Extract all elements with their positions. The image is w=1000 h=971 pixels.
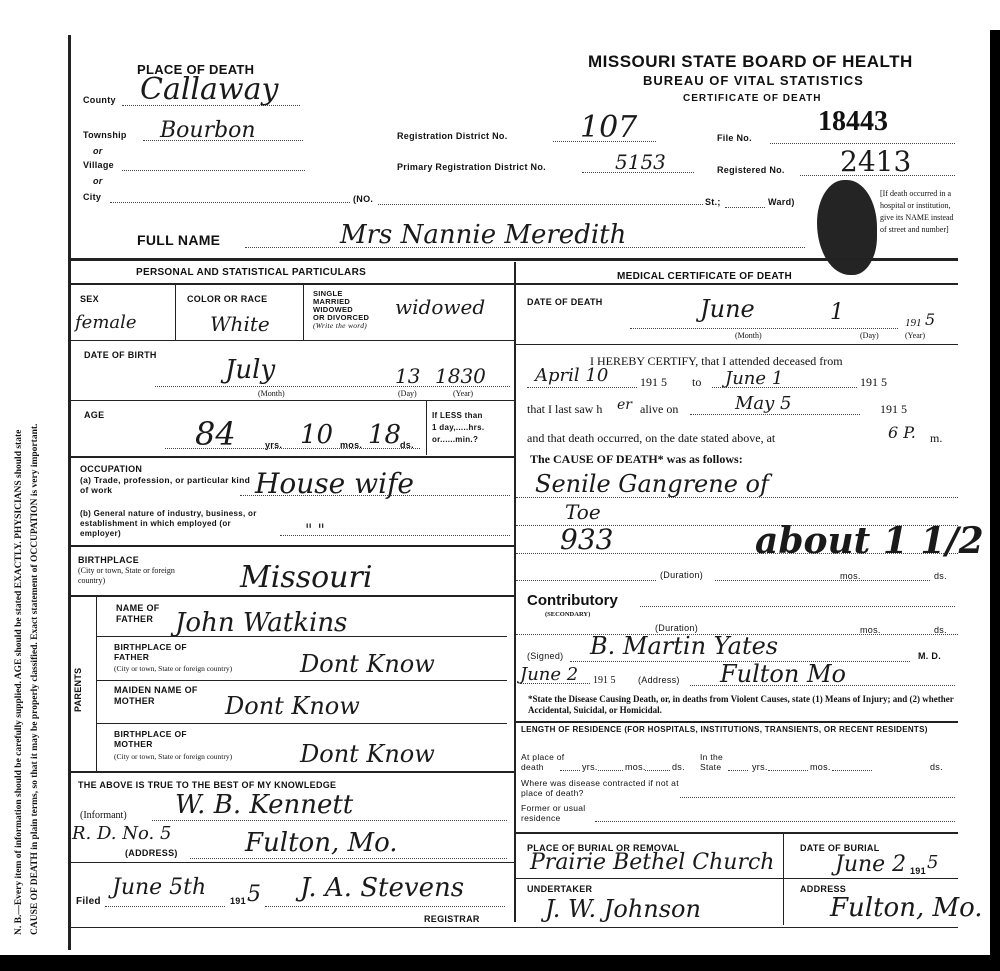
physician-address-value: Fulton Mo	[720, 660, 846, 688]
signed-year: 191 5	[593, 675, 616, 686]
mother-maiden-label: MAIDEN NAME OF MOTHER	[114, 685, 224, 707]
age-months: 10	[300, 420, 333, 450]
certificate-number: 18443	[818, 106, 888, 138]
burial-date-value: June 2	[835, 852, 906, 877]
mother-birthplace-hint: (City or town, State or foreign country)	[114, 752, 232, 761]
year-caption: (Year)	[453, 389, 473, 398]
filed-label: Filed	[76, 896, 101, 907]
county-value: Callaway	[140, 72, 278, 107]
death-year-prefix: 191	[905, 317, 922, 329]
burial-place-value: Prairie Bethel Church	[530, 850, 774, 875]
or-label: or	[93, 146, 103, 156]
death-time-text: and that death occurred, on the date sta…	[527, 431, 775, 446]
race-value: White	[210, 312, 270, 336]
marital-options: SINGLE MARRIED WIDOWED OR DIVORCED (Writ…	[313, 290, 369, 330]
less-than-day: If LESS than 1 day,.....hrs. or......min…	[432, 410, 484, 446]
informant-label: (Informant)	[80, 810, 127, 821]
day-caption: (Day)	[860, 331, 879, 340]
bottom-edge-bar	[0, 955, 1000, 971]
column-divider	[514, 262, 516, 922]
file-no-label: File No.	[717, 133, 752, 143]
undertaker-label: UNDERTAKER	[527, 884, 592, 894]
township-label: Township	[83, 130, 127, 140]
in-state-label: In the State	[700, 752, 745, 772]
month-caption: (Month)	[258, 389, 285, 398]
sex-value: female	[75, 312, 137, 333]
secondary-label: (SECONDARY)	[545, 611, 590, 618]
dob-month: July	[225, 355, 275, 385]
ds-label: ds.	[672, 762, 685, 772]
residence-title: LENGTH OF RESIDENCE (FOR HOSPITALS, INST…	[521, 725, 956, 735]
village-label: Village	[83, 160, 114, 170]
street-label: St.;	[705, 197, 721, 207]
informant-address-prefix: R. D. No. 5	[72, 823, 171, 844]
ds-label: ds.	[400, 440, 414, 450]
at-place-label: At place of death	[521, 752, 566, 772]
parents-label: PARENTS	[73, 668, 83, 712]
death-time-value: 6 P.	[888, 423, 916, 442]
registrar-signature: J. A. Stevens	[300, 873, 464, 903]
bureau-title: BUREAU OF VITAL STATISTICS	[643, 73, 864, 88]
month-caption: (Month)	[735, 331, 762, 340]
board-title: MISSOURI STATE BOARD OF HEALTH	[588, 52, 913, 72]
hospital-note: [If death occurred in a hospital or inst…	[880, 188, 960, 236]
contracted-label: Where was disease contracted if not at p…	[521, 778, 681, 798]
undertaker-address-value: Fulton, Mo.	[830, 893, 983, 923]
father-name-label: NAME OF FATHER	[116, 603, 176, 625]
father-name-value: John Watkins	[175, 608, 347, 638]
to-label: to	[692, 375, 701, 390]
ward-label: Ward)	[768, 197, 795, 207]
filed-year-prefix: 191	[230, 896, 246, 906]
mother-birthplace-label: BIRTHPLACE OF MOTHER	[114, 729, 204, 749]
mother-birthplace-value: Dont Know	[300, 740, 435, 768]
last-saw-year: 191 5	[880, 402, 907, 417]
mos-label: mos.	[810, 762, 831, 772]
former-residence-label: Former or usual residence	[521, 803, 591, 823]
date-of-death-label: DATE OF DEATH	[527, 297, 603, 307]
last-saw-date: May 5	[735, 393, 792, 414]
year-caption: (Year)	[905, 331, 925, 340]
attended-from-year: 191 5	[640, 375, 667, 390]
occupation-b-value: " "	[305, 520, 325, 539]
certify-text: I HEREBY CERTIFY, that I attended deceas…	[590, 354, 843, 369]
death-month: June	[700, 295, 755, 323]
age-days: 18	[368, 420, 401, 450]
last-saw-pronoun: er	[617, 397, 632, 413]
alive-on-label: alive on	[640, 402, 678, 417]
death-time-suffix: m.	[930, 431, 942, 446]
left-border	[68, 35, 71, 950]
informant-address-value: Fulton, Mo.	[245, 828, 398, 858]
father-birthplace-hint: (City or town, State or foreign country)	[114, 664, 232, 673]
margin-instructions: N. B.—Every item of information should b…	[4, 30, 60, 930]
mother-maiden-value: Dont Know	[225, 692, 360, 720]
city-label: City	[83, 192, 101, 202]
cause-label: The CAUSE OF DEATH* was as follows:	[530, 452, 743, 467]
physician-address-label: (Address)	[638, 675, 680, 685]
age-label: AGE	[84, 410, 104, 420]
medical-section-title: MEDICAL CERTIFICATE OF DEATH	[617, 271, 792, 282]
registrar-label: REGISTRAR	[424, 914, 480, 924]
or-label: or	[93, 176, 103, 186]
filed-date: June 5th	[112, 875, 206, 900]
burial-year-prefix: 191	[910, 866, 926, 876]
occupation-b-label: (b) General nature of industry, business…	[80, 509, 260, 539]
death-year-value: 5	[925, 310, 935, 329]
ds-label: ds.	[934, 625, 947, 635]
signed-date: June 2	[520, 664, 578, 685]
cause-line-2: Toe	[565, 500, 601, 524]
mos-label: mos.	[840, 571, 861, 581]
race-label: COLOR OR RACE	[187, 294, 267, 304]
mos-label: mos.	[860, 625, 881, 635]
certificate-title: CERTIFICATE OF DEATH	[683, 93, 822, 104]
primary-registration-label: Primary Registration District No.	[397, 162, 546, 172]
right-edge-bar	[990, 30, 1000, 955]
death-day: 1	[830, 300, 844, 325]
full-name-value: Mrs Nannie Meredith	[340, 220, 626, 250]
yrs-label: yrs.	[582, 762, 598, 772]
attended-to-year: 191 5	[860, 375, 887, 390]
father-birthplace-value: Dont Know	[300, 650, 435, 678]
registered-no-value: 2413	[840, 145, 911, 178]
cause-footnote: *State the Disease Causing Death, or, in…	[528, 694, 958, 716]
attended-to: June 1	[725, 368, 783, 389]
registration-district-label: Registration District No.	[397, 131, 508, 141]
signed-value: B. Martin Yates	[590, 632, 778, 660]
duration-value: about 1 1/2	[755, 520, 984, 562]
contributory-label: Contributory	[527, 592, 618, 609]
ds-label: ds.	[934, 571, 947, 581]
personal-section-title: PERSONAL AND STATISTICAL PARTICULARS	[136, 267, 366, 278]
dob-label: DATE OF BIRTH	[84, 350, 157, 360]
street-no-label: (NO.	[353, 194, 373, 204]
last-saw-prefix: that I last saw h	[527, 402, 602, 417]
margin-note-line-2: CAUSE OF DEATH in plain terms, so that i…	[30, 424, 40, 935]
birthplace-value: Missouri	[240, 560, 372, 595]
ds-label: ds.	[930, 762, 943, 772]
mos-label: mos.	[340, 440, 362, 450]
dob-day: 13	[395, 364, 420, 388]
marital-value: widowed	[395, 295, 485, 319]
registered-no-label: Registered No.	[717, 165, 785, 175]
yrs-label: yrs.	[752, 762, 768, 772]
birthplace-hint: (City or town, State or foreign country)	[78, 566, 198, 586]
father-birthplace-label: BIRTHPLACE OF FATHER	[114, 642, 204, 662]
margin-note-line-1: N. B.—Every item of information should b…	[14, 430, 24, 935]
county-label: County	[83, 95, 116, 105]
yrs-label: yrs.	[265, 440, 282, 450]
dob-year: 1830	[435, 364, 486, 388]
occupation-a-value: House wife	[255, 467, 414, 500]
burial-year-value: 5	[927, 852, 938, 873]
informant-value: W. B. Kennett	[175, 790, 353, 820]
day-caption: (Day)	[398, 389, 417, 398]
occupation-label: OCCUPATION	[80, 464, 142, 474]
township-value: Bourbon	[160, 118, 256, 143]
attended-from: April 10	[535, 365, 608, 386]
primary-registration-value: 5153	[615, 150, 666, 174]
cause-line-1: Senile Gangrene of	[535, 470, 769, 498]
undertaker-value: J. W. Johnson	[545, 895, 701, 923]
occupation-a-label: (a) Trade, profession, or particular kin…	[80, 475, 255, 495]
cause-line-3: 933	[560, 523, 613, 556]
birthplace-label: BIRTHPLACE	[78, 555, 139, 565]
mos-label: mos.	[625, 762, 646, 772]
duration-label: (Duration)	[660, 570, 703, 580]
informant-address-label: (ADDRESS)	[125, 848, 178, 858]
age-years: 84	[195, 415, 236, 453]
md-label: M. D.	[918, 651, 941, 661]
attest-statement: THE ABOVE IS TRUE TO THE BEST OF MY KNOW…	[78, 780, 336, 790]
signed-label: (Signed)	[527, 651, 563, 661]
full-name-label: FULL NAME	[137, 232, 220, 248]
sex-label: SEX	[80, 294, 99, 304]
registration-district-value: 107	[580, 110, 637, 145]
filed-year-value: 5	[247, 882, 261, 907]
